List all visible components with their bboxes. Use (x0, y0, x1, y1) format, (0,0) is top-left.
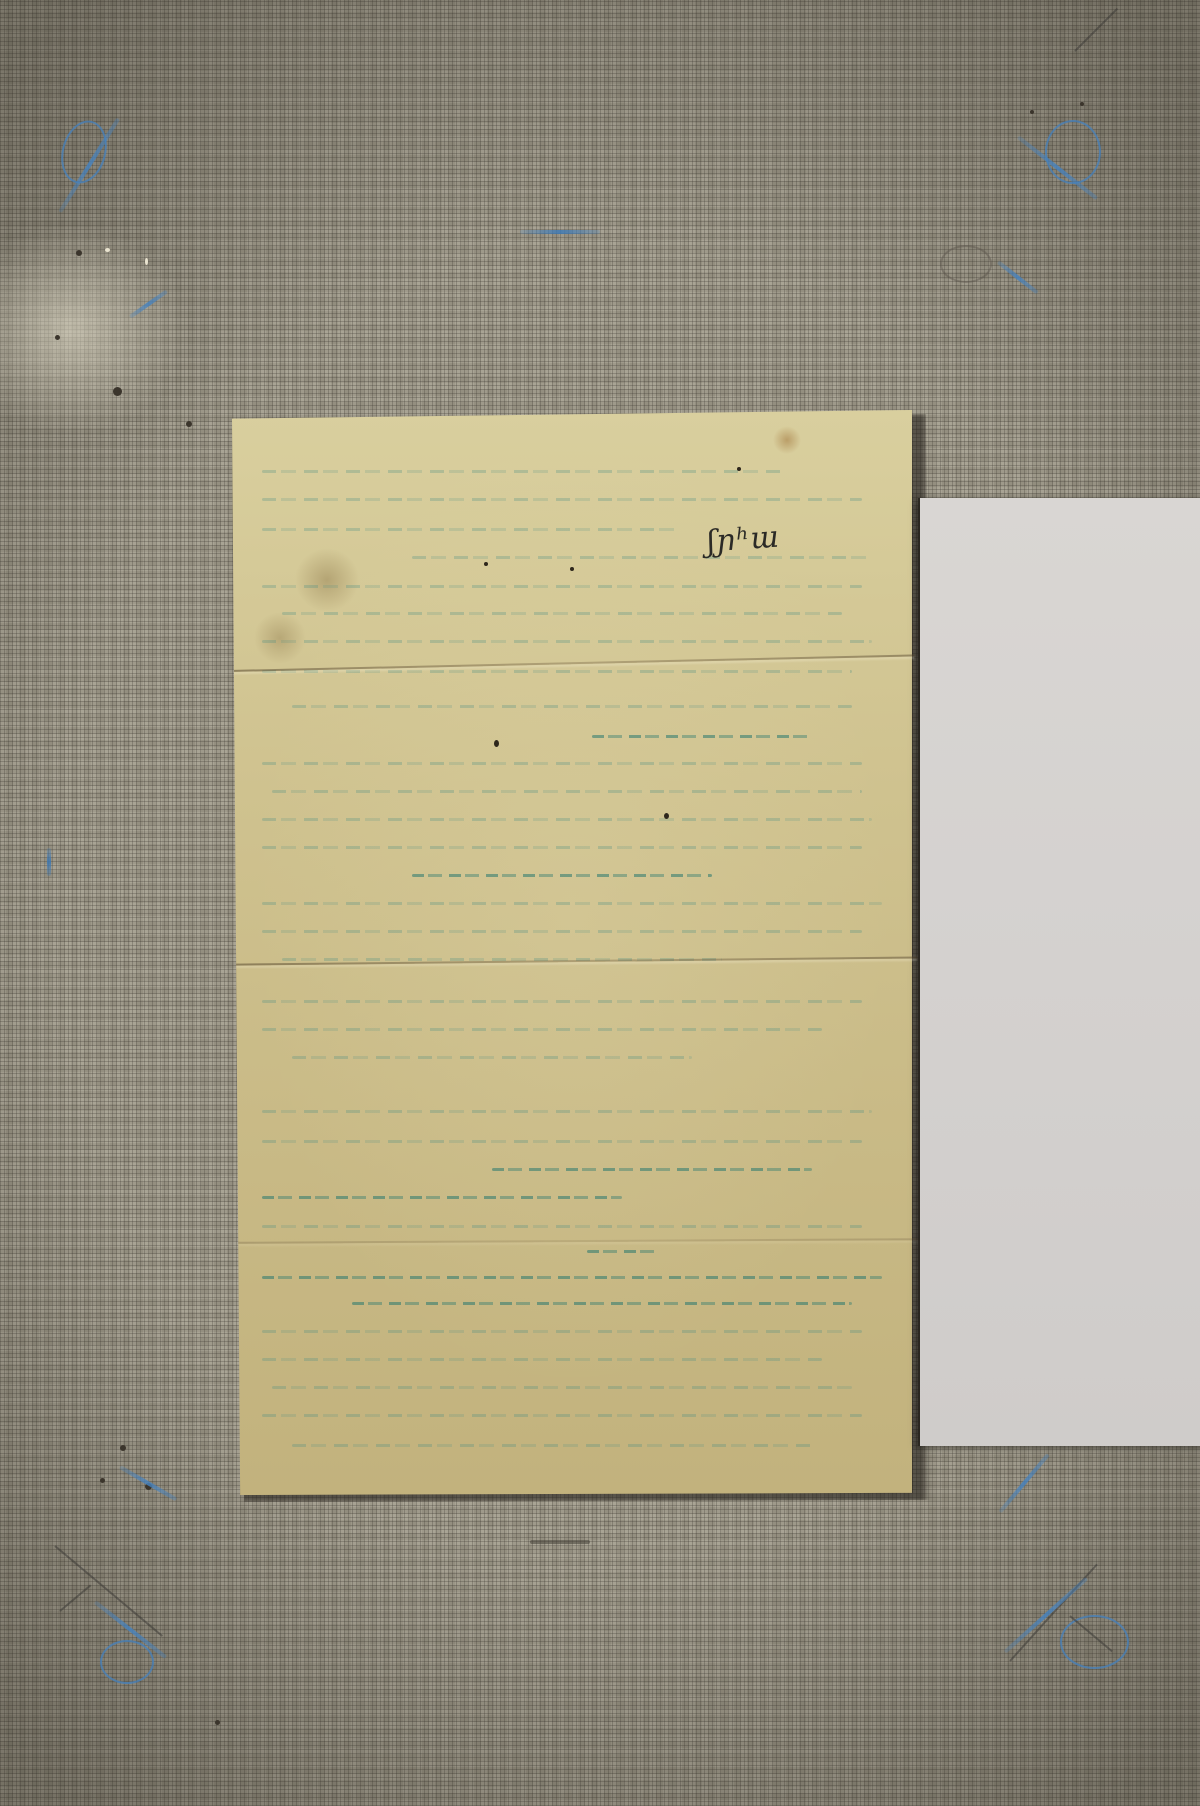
faded-handwriting-line (492, 1168, 812, 1171)
handwritten-annotation: ʃɲʰɯ (706, 520, 781, 560)
speck (145, 258, 148, 265)
faded-handwriting-line (262, 640, 872, 643)
faded-handwriting-line (262, 846, 862, 849)
paper-speck (570, 567, 574, 571)
faded-handwriting-line (262, 818, 872, 821)
faded-handwriting-line (262, 1000, 862, 1003)
graphite-dash-bottom (530, 1540, 590, 1544)
faded-handwriting-line (412, 874, 712, 877)
registration-mark-bottom-left-dash (120, 1460, 190, 1510)
blue-dash-left (47, 848, 51, 876)
faded-handwriting-line (262, 670, 852, 673)
registration-mark-top-right (1010, 100, 1120, 220)
faded-handwriting-line (292, 705, 852, 708)
faded-handwriting-line (262, 528, 682, 531)
faded-handwriting-line (262, 902, 882, 905)
registration-mark-bottom-right-dash (1000, 1440, 1080, 1520)
faded-handwriting-line (282, 612, 842, 615)
speck (105, 248, 110, 252)
faded-handwriting-line (292, 1444, 812, 1447)
faded-handwriting-line (262, 498, 862, 501)
registration-mark-top-left (50, 100, 140, 230)
speck (76, 250, 82, 256)
faded-handwriting-line (262, 930, 862, 933)
registration-mark-bottom-left (55, 1540, 195, 1690)
faded-handwriting-line (272, 790, 862, 793)
faded-handwriting-line (262, 1414, 862, 1417)
registration-mark-bottom-right (1000, 1540, 1140, 1690)
faded-handwriting-line (262, 1330, 862, 1333)
fold-crease-lower (232, 1238, 932, 1244)
paper-speck (664, 813, 669, 819)
faded-handwriting-line (352, 1302, 852, 1305)
paper-speck (494, 740, 499, 747)
paper-speck (737, 467, 741, 471)
registration-mark-left-dash (130, 270, 190, 330)
faded-handwriting-line (262, 1196, 622, 1199)
speck (120, 1445, 126, 1451)
speck (100, 1478, 105, 1483)
faded-handwriting-line (262, 470, 782, 473)
faded-handwriting-line (412, 556, 872, 559)
blank-white-sheet (920, 498, 1200, 1446)
speck (113, 387, 122, 396)
faded-handwriting-line (262, 1225, 862, 1228)
blue-dash-top (520, 230, 600, 234)
paper-speck (484, 562, 488, 566)
faded-handwriting-line (262, 762, 862, 765)
speck (215, 1720, 220, 1725)
faded-handwriting-line (272, 1386, 852, 1389)
manuscript-page: ʃɲʰɯ (232, 410, 912, 1495)
registration-mark-right-dash (990, 250, 1070, 310)
faded-handwriting-line (262, 1140, 862, 1143)
faded-handwriting-line (262, 1276, 882, 1279)
faded-handwriting-line (292, 1056, 692, 1059)
graphite-mark-top-right (1070, 0, 1130, 60)
faded-handwriting-line (262, 1358, 822, 1361)
faded-handwriting-line (262, 1028, 822, 1031)
speck (55, 335, 60, 340)
speck (186, 421, 192, 427)
faded-handwriting-line (587, 1250, 657, 1253)
faded-handwriting-line (262, 1110, 872, 1113)
faded-handwriting-line (262, 585, 862, 588)
faded-handwriting-line (592, 735, 812, 738)
